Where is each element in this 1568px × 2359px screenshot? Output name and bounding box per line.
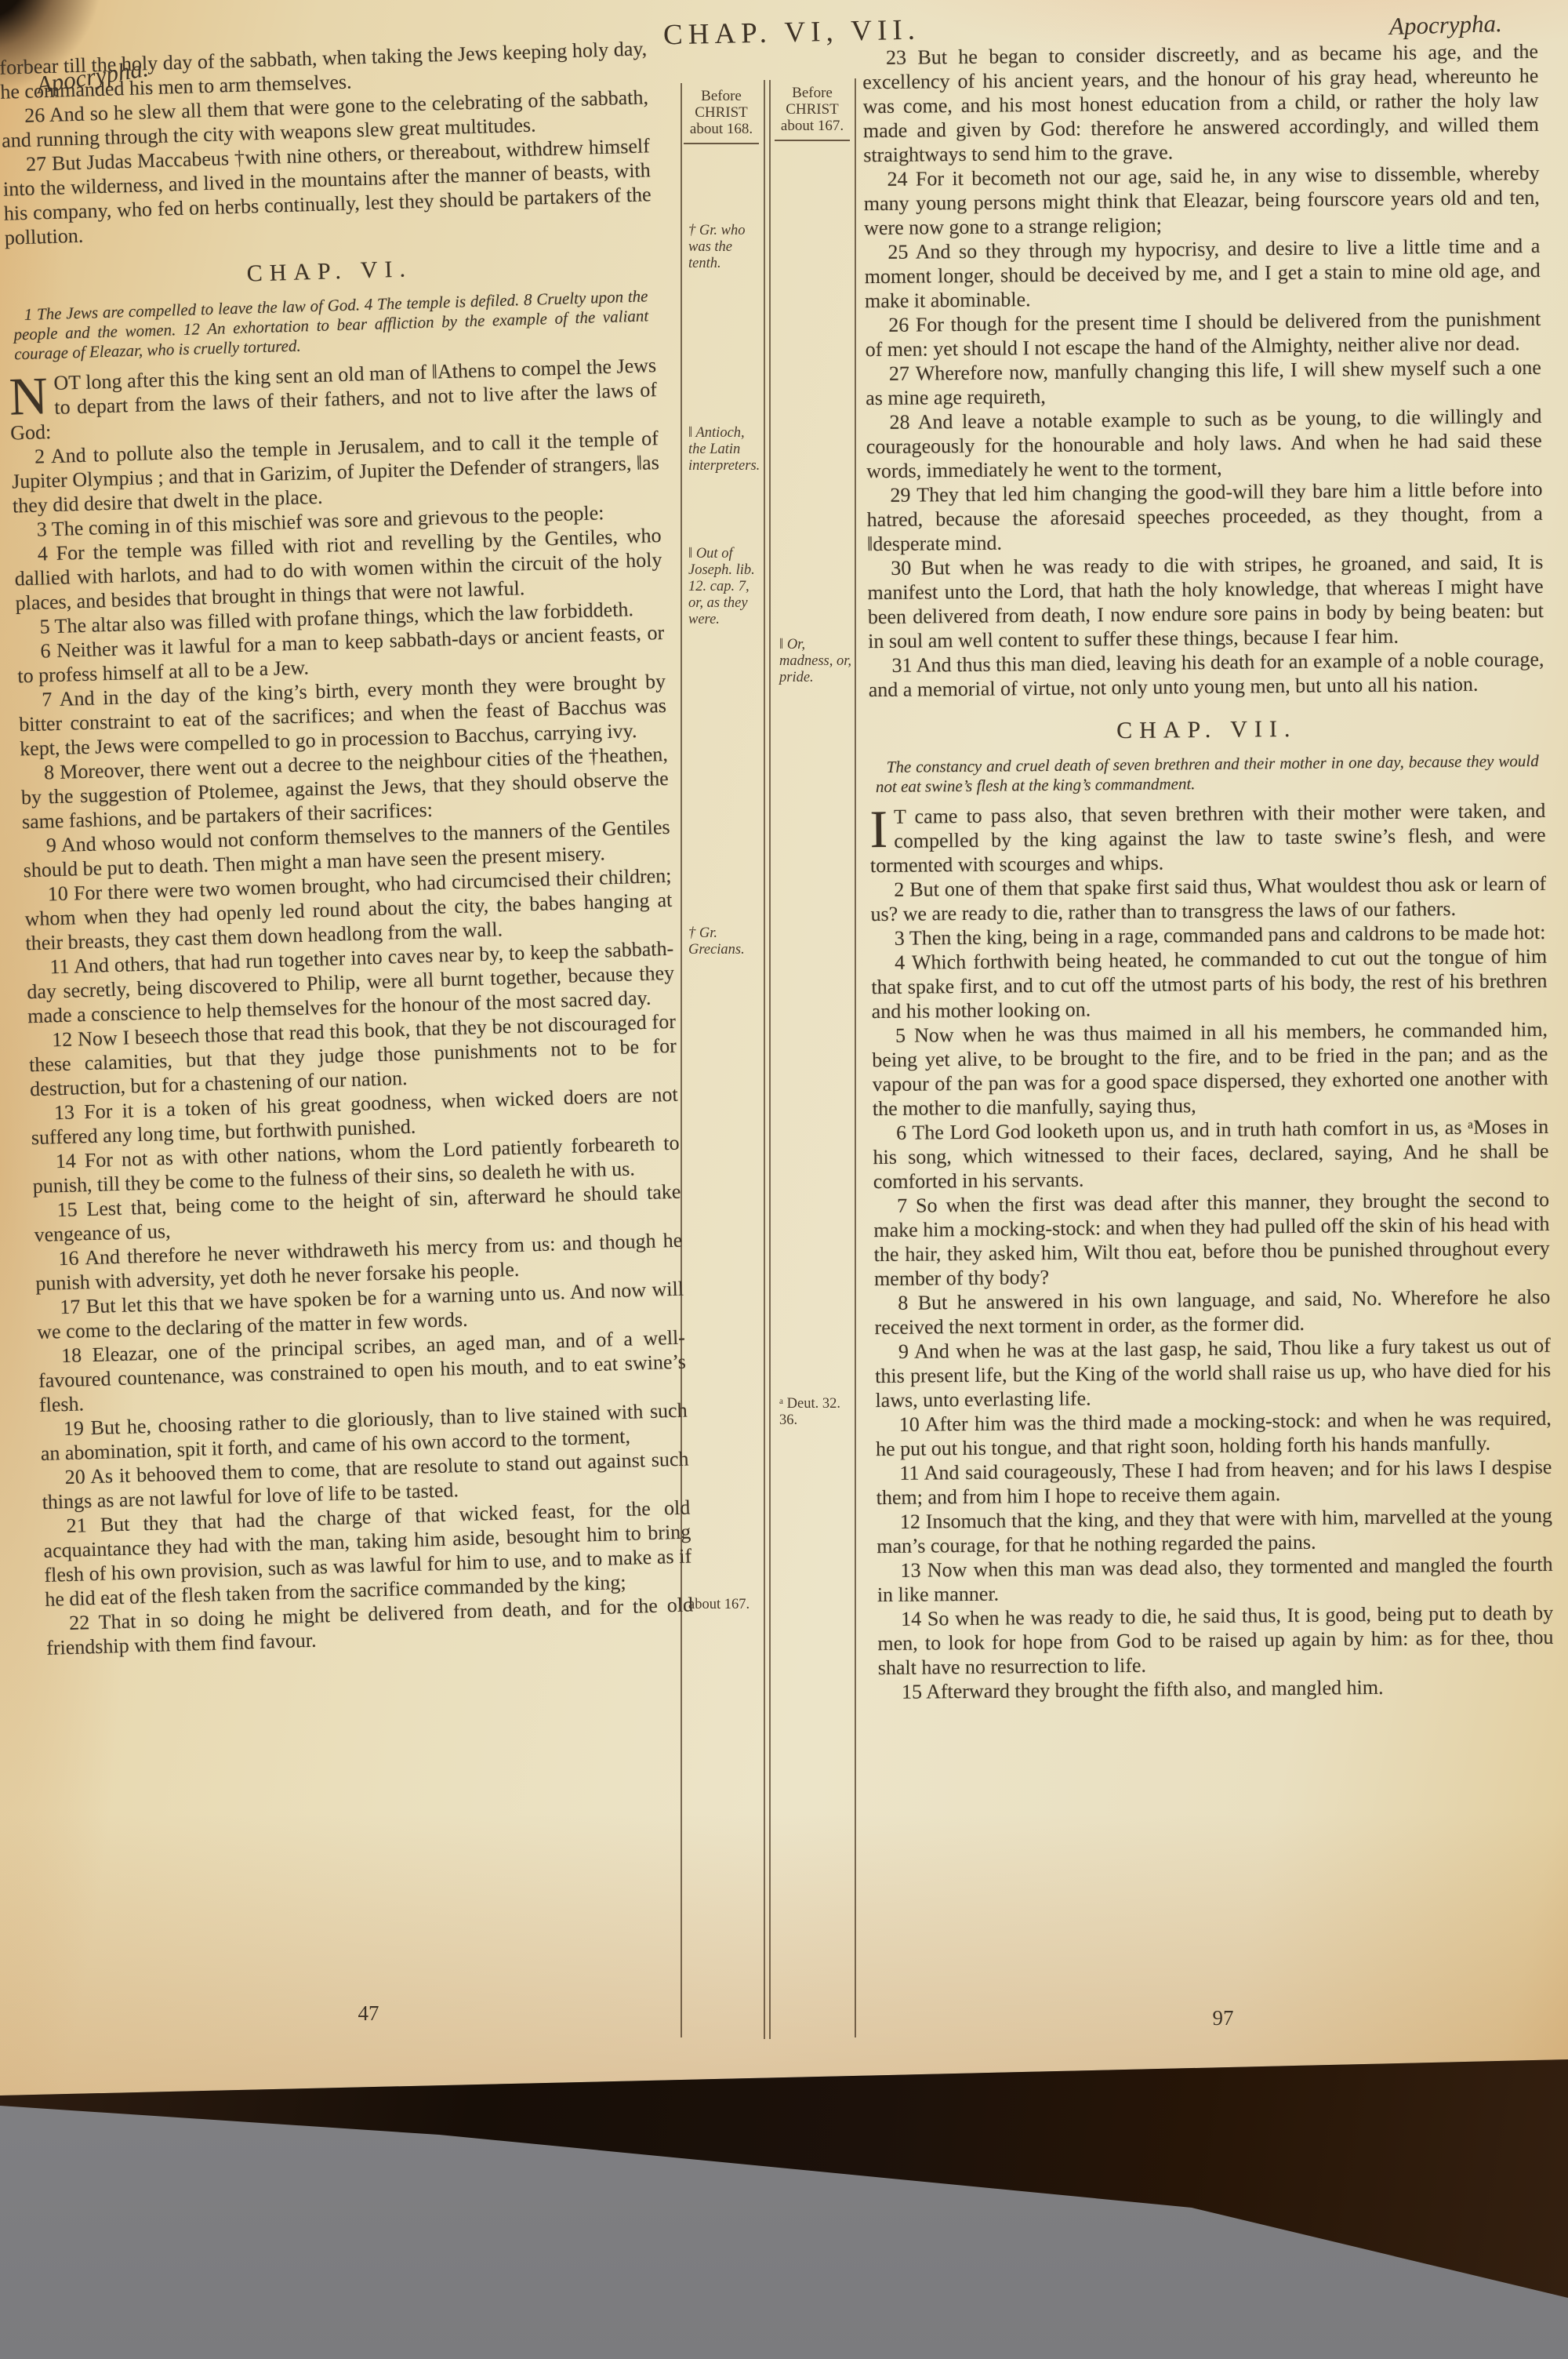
before-christ-line: CHRIST [775,101,850,118]
before-christ-line: about 168. [684,121,759,137]
verse: 25 And so they through my hypocrisy, and… [864,234,1541,313]
verse: 31 And thus this man died, leaving his d… [868,647,1544,702]
verse: 14 So when he was ready to die, he said … [877,1601,1554,1680]
verse: 21 But they that had the charge of that … [42,1495,692,1611]
before-christ-header-left: Before CHRIST about 168. [684,88,759,144]
verse: I T came to pass also, that seven brethr… [869,798,1546,878]
before-christ-line: Before [684,88,759,104]
verse: 13 Now when this man was dead also, they… [877,1552,1553,1607]
verse: 10 After him was the third made a mockin… [876,1406,1552,1461]
verse: 30 But when he was ready to die with str… [867,550,1544,653]
page-number-right: 97 [1184,2006,1262,2030]
verse: 24 For it becometh not our age, said he,… [863,161,1540,240]
verse: 2 But one of them that spake first said … [870,871,1547,926]
page-number-left: 47 [329,2001,408,2026]
verse: 4 Which forthwith being heated, he comma… [871,944,1548,1023]
before-christ-header-right: Before CHRIST about 167. [775,85,850,141]
margin-note-deut-32-36: ᵃ Deut. 32. 36. [779,1396,851,1429]
running-head-right: Apocrypha. [1389,9,1503,41]
margin-note-gr-grecians: † Gr. Grecians. [688,925,760,958]
verse: 12 Insomuch that the king, and they that… [877,1503,1553,1558]
verse: 11 And said courageously, These I had fr… [876,1455,1552,1510]
verse-text: T came to pass also, that seven brethren… [870,799,1546,877]
verse: 9 And when he was at the last gasp, he s… [875,1333,1552,1412]
before-christ-line: about 167. [775,118,850,134]
margin-note-antioch: ‖ Antioch, the Latin interpre­ters. [688,425,760,474]
chapter-heading-vii: CHAP. VII. [869,714,1544,745]
verse: 6 The Lord God looketh upon us, and in t… [873,1114,1549,1194]
chapter-heading-vi: CHAP. VI. [5,249,654,293]
photo-of-book-page: Apocrypha. CHAP. VI, VII. Apocrypha. Bef… [0,0,1568,2359]
verse: 27 Wherefore now, manfully changing this… [866,355,1542,410]
margin-note-about-167: about 167. [688,1597,760,1613]
verse: 8 But he answered in his own language, a… [874,1285,1551,1339]
margin-note-gr-tenth: † Gr. who was the tenth. [688,223,760,272]
margin-note-josephus: ‖ Out of Joseph. lib. 12. cap. 7, or, as… [688,546,760,628]
drop-cap-n: N [9,371,55,417]
verse: 5 Now when he was thus maimed in all his… [872,1017,1548,1121]
verse: 27 But Judas Maccabeus †with nine others… [2,133,652,249]
column-rule-right [855,78,856,2037]
verse: 23 But he began to consider discreetly, … [862,39,1539,167]
margin-note-or-madness: ‖ Or, madness, or, pride. [779,637,851,686]
center-double-rule-2 [769,80,771,2039]
chapter-vi-summary: 1 The Jews are compelled to leave the la… [13,286,649,364]
before-christ-line: Before [775,85,850,101]
verse: 7 So when the first was dead after this … [873,1187,1550,1291]
chapter-vii-summary: The constancy and cruel death of seven b… [876,751,1539,797]
verse: 29 They that led him changing the good-w… [866,477,1543,556]
before-christ-line: CHRIST [684,104,759,121]
left-text-column: forbear till the holy day of the sabbath… [0,36,705,2023]
right-text-column: 23 But he began to consider discreetly, … [862,39,1557,2025]
verse: 26 For though for the present time I sho… [865,307,1541,362]
drop-cap-i: I [869,805,894,849]
center-double-rule-1 [764,80,765,2039]
verse: 28 And leave a notable example to such a… [866,404,1542,483]
